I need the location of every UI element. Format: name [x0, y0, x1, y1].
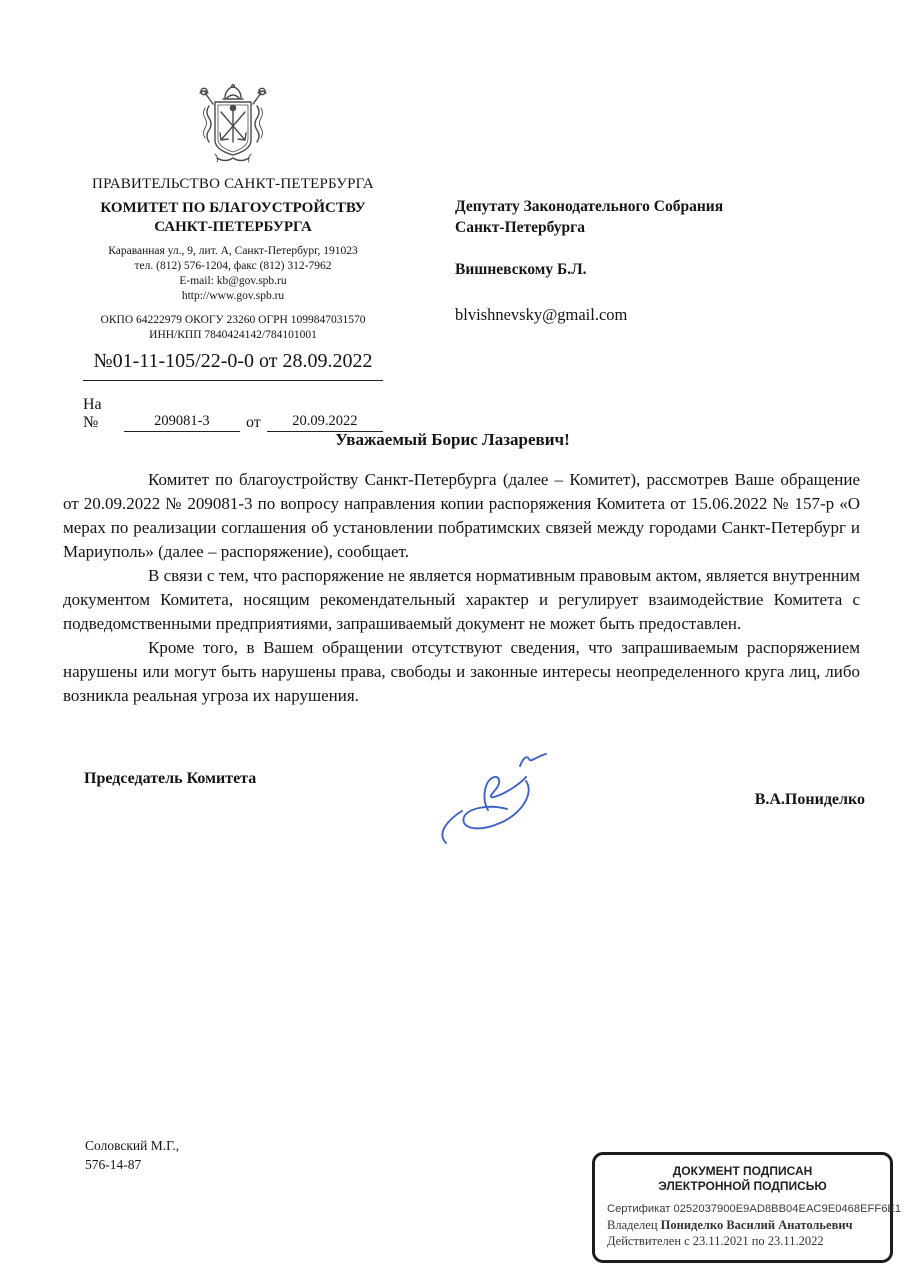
letter-body: Комитет по благоустройству Санкт-Петербу…: [63, 468, 860, 708]
stamp-certificate-label: Сертификат: [607, 1203, 670, 1215]
recipient-email: blvishnevsky@gmail.com: [455, 304, 885, 325]
stamp-title-line2: ЭЛЕКТРОННОЙ ПОДПИСЬЮ: [607, 1179, 878, 1194]
recipient-line2: Санкт-Петербурга: [455, 217, 885, 238]
address-email: E-mail: kb@gov.spb.ru: [83, 274, 383, 289]
registration-codes: ОКПО 64222979 ОКОГУ 23260 ОГРН 109984703…: [83, 313, 383, 343]
executor-name: Соловский М.Г.,: [85, 1136, 179, 1155]
committee-name: КОМИТЕТ ПО БЛАГОУСТРОЙСТВУ САНКТ-ПЕТЕРБУ…: [83, 199, 383, 237]
okpo-okogu-ogrn: ОКПО 64222979 ОКОГУ 23260 ОГРН 109984703…: [83, 313, 383, 328]
letterhead: ПРАВИТЕЛЬСТВО САНКТ-ПЕТЕРБУРГА КОМИТЕТ П…: [83, 84, 383, 432]
committee-address: Караванная ул., 9, лит. А, Санкт-Петербу…: [83, 244, 383, 304]
handwritten-signature: [422, 732, 592, 862]
executor-contact: Соловский М.Г., 576-14-87: [85, 1136, 179, 1174]
recipient-block: Депутату Законодательного Собрания Санкт…: [455, 196, 885, 325]
stamp-owner-label: Владелец: [607, 1218, 658, 1232]
inn-kpp: ИНН/КПП 7840424142/784101001: [83, 328, 383, 343]
paragraph-1: Комитет по благоустройству Санкт-Петербу…: [63, 468, 860, 564]
address-phone-fax: тел. (812) 576-1204, факс (812) 312-7962: [83, 259, 383, 274]
committee-name-line1: КОМИТЕТ ПО БЛАГОУСТРОЙСТВУ: [83, 199, 383, 218]
signer-name: В.А.Пониделко: [755, 791, 865, 809]
stamp-owner: Владелец Пониделко Василий Анатольевич: [607, 1217, 878, 1233]
e-signature-stamp: ДОКУМЕНТ ПОДПИСАН ЭЛЕКТРОННОЙ ПОДПИСЬЮ С…: [592, 1152, 893, 1263]
signer-position-title: Председатель Комитета: [84, 770, 256, 788]
recipient-name: Вишневскому Б.Л.: [455, 259, 885, 280]
committee-name-line2: САНКТ-ПЕТЕРБУРГА: [83, 218, 383, 237]
salutation: Уважаемый Борис Лазаревич!: [0, 430, 905, 450]
government-title: ПРАВИТЕЛЬСТВО САНКТ-ПЕТЕРБУРГА: [83, 176, 383, 193]
ref-prefix: На №: [83, 396, 118, 432]
stamp-details: Сертификат 0252037900E9AD8BB04EAC9E0468E…: [607, 1201, 878, 1249]
incoming-ref-line: На № 209081-3 от 20.09.2022: [83, 396, 383, 432]
stamp-certificate: Сертификат 0252037900E9AD8BB04EAC9E0468E…: [607, 1201, 878, 1217]
paragraph-2: В связи с тем, что распоряжение не являе…: [63, 564, 860, 636]
address-street: Караванная ул., 9, лит. А, Санкт-Петербу…: [83, 244, 383, 259]
address-website: http://www.gov.spb.ru: [83, 289, 383, 304]
recipient-line1: Депутату Законодательного Собрания: [455, 196, 885, 217]
stamp-validity: Действителен с 23.11.2021 по 23.11.2022: [607, 1233, 878, 1249]
stamp-certificate-value: 0252037900E9AD8BB04EAC9E0468EFF6E1: [673, 1203, 901, 1215]
stamp-owner-value: Пониделко Василий Анатольевич: [661, 1218, 853, 1232]
stamp-title-line1: ДОКУМЕНТ ПОДПИСАН: [607, 1164, 878, 1179]
stamp-title: ДОКУМЕНТ ПОДПИСАН ЭЛЕКТРОННОЙ ПОДПИСЬЮ: [607, 1164, 878, 1194]
paragraph-3: Кроме того, в Вашем обращении отсутствую…: [63, 636, 860, 708]
coat-of-arms-icon: [187, 84, 279, 170]
executor-phone: 576-14-87: [85, 1155, 179, 1174]
letter-page: ПРАВИТЕЛЬСТВО САНКТ-ПЕТЕРБУРГА КОМИТЕТ П…: [0, 0, 905, 1280]
outgoing-doc-number: №01-11-105/22-0-0 от 28.09.2022: [83, 350, 383, 381]
